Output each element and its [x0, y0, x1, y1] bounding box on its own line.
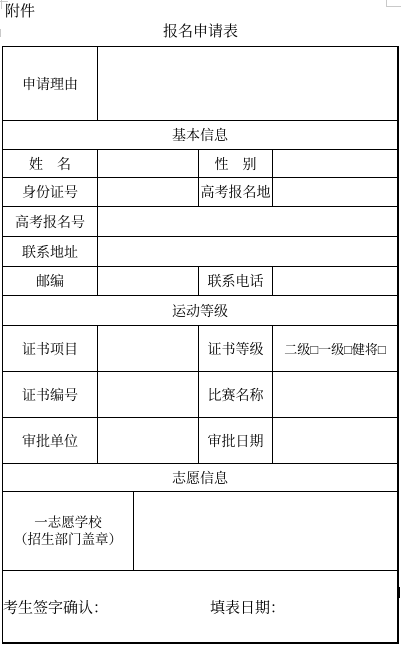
basic-info-header: 基本信息	[3, 121, 398, 150]
cert-level-label: 证书等级	[199, 326, 273, 372]
text-cursor	[398, 587, 400, 598]
cert-number-field[interactable]	[98, 372, 199, 418]
reason-label: 申请理由	[3, 47, 98, 121]
document-page: 附件 报名申请表 申请理由 基本信息 姓 名 性 别 身份证号 高考报名地 高考…	[0, 0, 401, 651]
crop-mark-top-right-h	[386, 6, 401, 7]
crop-mark-top-left-h	[0, 1, 8, 2]
competition-name-label: 比赛名称	[199, 372, 273, 418]
gender-field[interactable]	[273, 150, 398, 178]
signature-label: 考生签字确认：	[3, 596, 108, 617]
application-form-table: 申请理由 基本信息 姓 名 性 别 身份证号 高考报名地 高考报名号 联系地址 …	[2, 46, 399, 644]
reason-field[interactable]	[98, 47, 398, 121]
gaokao-number-label: 高考报名号	[3, 207, 98, 237]
cert-event-label: 证书项目	[3, 326, 98, 372]
competition-name-field[interactable]	[273, 372, 398, 418]
cert-number-label: 证书编号	[3, 372, 98, 418]
approval-date-label: 审批日期	[199, 418, 273, 464]
phone-label: 联系电话	[199, 267, 273, 296]
approval-date-field[interactable]	[273, 418, 398, 464]
name-label: 姓 名	[3, 150, 98, 178]
id-number-field[interactable]	[98, 178, 199, 207]
form-title: 报名申请表	[0, 22, 401, 41]
first-choice-school-field[interactable]	[134, 492, 398, 571]
approval-unit-field[interactable]	[98, 418, 199, 464]
postcode-label: 邮编	[3, 267, 98, 296]
fill-date-label: 填表日期：	[210, 596, 285, 617]
preference-info-header: 志愿信息	[3, 464, 398, 492]
gaokao-number-field[interactable]	[98, 207, 398, 237]
gender-label: 性 别	[199, 150, 273, 178]
id-number-label: 身份证号	[3, 178, 98, 207]
approval-unit-label: 审批单位	[3, 418, 98, 464]
attachment-label: 附件	[5, 3, 35, 21]
signature-row[interactable]: 考生签字确认： 填表日期：	[3, 571, 398, 643]
phone-field[interactable]	[273, 267, 398, 296]
first-choice-school-label-line2: （招生部门盖章）	[14, 531, 122, 548]
cert-level-options[interactable]: 二级□一级□健将□	[273, 326, 398, 372]
address-field[interactable]	[98, 237, 398, 267]
name-field[interactable]	[98, 150, 199, 178]
first-choice-school-label-line1: 一志愿学校	[34, 514, 102, 531]
gaokao-place-field[interactable]	[273, 178, 398, 207]
postcode-field[interactable]	[98, 267, 199, 296]
gaokao-place-label: 高考报名地	[199, 178, 273, 207]
sports-level-header: 运动等级	[3, 296, 398, 326]
first-choice-school-label: 一志愿学校 （招生部门盖章）	[3, 492, 134, 571]
cert-event-field[interactable]	[98, 326, 199, 372]
address-label: 联系地址	[3, 237, 98, 267]
